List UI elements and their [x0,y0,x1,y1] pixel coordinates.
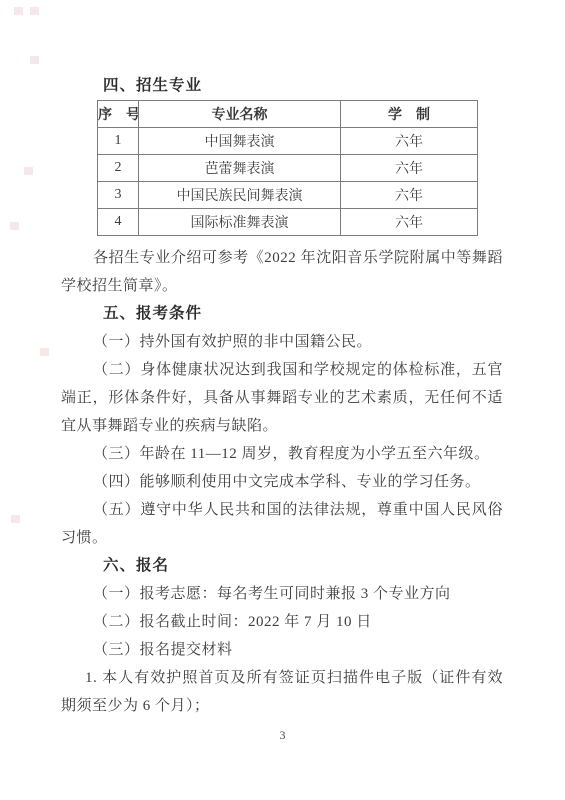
cell-major-name: 国际标准舞表演 [139,209,341,236]
cell-duration: 六年 [341,209,478,236]
document-page: 四、招生专业 序 号 专业名称 学 制 1 中国舞表演 六年 [0,0,565,800]
scan-artifact [30,7,39,15]
section-registration-heading: 六、报名 [103,552,503,580]
scan-artifact [30,56,39,64]
scan-artifact [11,515,20,523]
section-application-requirements-heading: 五、报考条件 [103,300,503,328]
page-number: 3 [0,728,565,743]
cell-index: 2 [98,155,139,182]
document-body: 四、招生专业 序 号 专业名称 学 制 1 中国舞表演 六年 [61,74,503,720]
registration-item-2: （二）报名截止时间：2022 年 7 月 10 日 [61,608,503,636]
table-row: 3 中国民族民间舞表演 六年 [98,182,478,209]
cell-major-name: 中国舞表演 [139,128,341,155]
requirement-item-2: （二）身体健康状况达到我国和学校规定的体检标准，五官端正，形体条件好，具备从事舞… [61,356,503,440]
requirement-item-5: （五）遵守中华人民共和国的法律法规，尊重中国人民风俗习惯。 [61,496,503,552]
scan-artifact [40,348,49,356]
col-header-duration: 学 制 [341,101,478,128]
section-enrollment-majors-heading: 四、招生专业 [103,74,503,98]
cell-major-name: 中国民族民间舞表演 [139,182,341,209]
requirement-item-1: （一）持外国有效护照的非中国籍公民。 [61,328,503,356]
table-row: 2 芭蕾舞表演 六年 [98,155,478,182]
cell-index: 3 [98,182,139,209]
majors-reference-note: 各招生专业介绍可参考《2022 年沈阳音乐学院附属中等舞蹈学校招生简章》。 [61,244,503,300]
requirement-item-4: （四）能够顺利使用中文完成本学科、专业的学习任务。 [61,468,503,496]
majors-table: 序 号 专业名称 学 制 1 中国舞表演 六年 2 芭蕾舞表演 六年 3 [97,100,478,236]
registration-item-3: （三）报名提交材料 [61,636,503,664]
col-header-major-name: 专业名称 [139,101,341,128]
scan-artifact [24,167,33,175]
table-row: 1 中国舞表演 六年 [98,128,478,155]
cell-duration: 六年 [341,128,478,155]
cell-index: 1 [98,128,139,155]
cell-index: 4 [98,209,139,236]
cell-major-name: 芭蕾舞表演 [139,155,341,182]
cell-duration: 六年 [341,155,478,182]
registration-item-1: （一）报考志愿：每名考生可同时兼报 3 个专业方向 [61,580,503,608]
scan-artifact [10,222,19,230]
requirement-item-3: （三）年龄在 11—12 周岁，教育程度为小学五至六年级。 [61,440,503,468]
registration-material-item-1: 1. 本人有效护照首页及所有签证页扫描件电子版（证件有效期须至少为 6 个月）； [61,664,503,720]
scan-artifact [14,7,23,15]
majors-table-header-row: 序 号 专业名称 学 制 [98,101,478,128]
table-row: 4 国际标准舞表演 六年 [98,209,478,236]
col-header-index: 序 号 [98,101,139,128]
cell-duration: 六年 [341,182,478,209]
